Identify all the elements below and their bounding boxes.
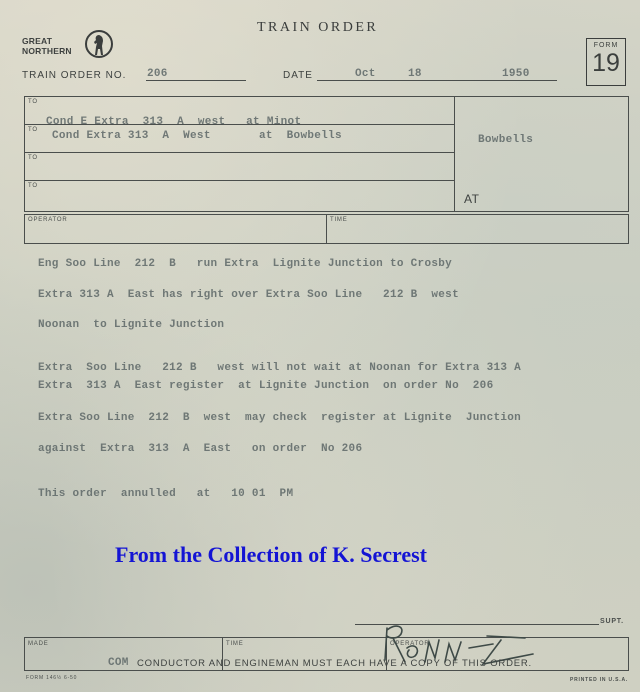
form-label: FORM bbox=[587, 42, 625, 49]
to-line-2: Cond Extra 313 A West at Bowbells bbox=[52, 130, 342, 142]
form-number: 19 bbox=[587, 49, 625, 77]
order-line-5: Extra 313 A East register at Lignite Jun… bbox=[38, 380, 493, 392]
order-line-2: Extra 313 A East has right over Extra So… bbox=[38, 289, 459, 301]
to-label-2: TO bbox=[28, 127, 38, 133]
to-label-4: TO bbox=[28, 183, 38, 189]
date-day: 18 bbox=[408, 68, 422, 80]
made-label: MADE bbox=[28, 641, 49, 647]
footer-note: CONDUCTOR AND ENGINEMAN MUST EACH HAVE A… bbox=[137, 658, 532, 669]
to-line-1: Cond E Extra 313 A west at Minot bbox=[46, 116, 301, 128]
form-code: FORM 146½ 6-50 bbox=[26, 675, 77, 681]
to-block bbox=[24, 96, 629, 212]
railroad-name-line2: NORTHERN bbox=[22, 46, 72, 56]
to-rule-2 bbox=[24, 152, 454, 153]
form-number-box: FORM 19 bbox=[586, 38, 626, 86]
printed-in: PRINTED IN U.S.A. bbox=[570, 677, 628, 683]
order-line-3: Noonan to Lignite Junction bbox=[38, 319, 224, 331]
date-month: Oct bbox=[355, 68, 376, 80]
order-line-8: This order annulled at 10 01 PM bbox=[38, 488, 293, 500]
date-label: DATE bbox=[283, 70, 313, 81]
to-rule-3 bbox=[24, 180, 454, 181]
supt-label: SUPT. bbox=[600, 618, 624, 625]
railroad-name: GREAT NORTHERN bbox=[22, 36, 72, 56]
operator-label: OPERATOR bbox=[28, 217, 68, 223]
to-label-3: TO bbox=[28, 155, 38, 161]
date-year: 1950 bbox=[502, 68, 530, 80]
order-line-7: against Extra 313 A East on order No 206 bbox=[38, 443, 362, 455]
to-label-1: TO bbox=[28, 99, 38, 105]
goat-emblem-icon bbox=[85, 30, 113, 58]
bottom-time-label: TIME bbox=[226, 641, 244, 647]
at-value: Bowbells bbox=[478, 134, 533, 146]
order-line-1: Eng Soo Line 212 B run Extra Lignite Jun… bbox=[38, 258, 452, 270]
operator-time-divider bbox=[326, 214, 327, 244]
made-value: COM bbox=[108, 657, 129, 669]
at-label: AT bbox=[464, 192, 479, 206]
order-line-4: Extra Soo Line 212 B west will not wait … bbox=[38, 362, 521, 374]
to-divider bbox=[454, 96, 455, 212]
document-title: TRAIN ORDER bbox=[257, 20, 378, 36]
order-line-6: Extra Soo Line 212 B west may check regi… bbox=[38, 412, 521, 424]
time-label: TIME bbox=[330, 217, 348, 223]
collection-watermark: From the Collection of K. Secrest bbox=[115, 542, 427, 568]
order-no-value: 206 bbox=[147, 68, 168, 80]
order-no-label: TRAIN ORDER NO. bbox=[22, 70, 126, 81]
railroad-name-line1: GREAT bbox=[22, 36, 72, 46]
